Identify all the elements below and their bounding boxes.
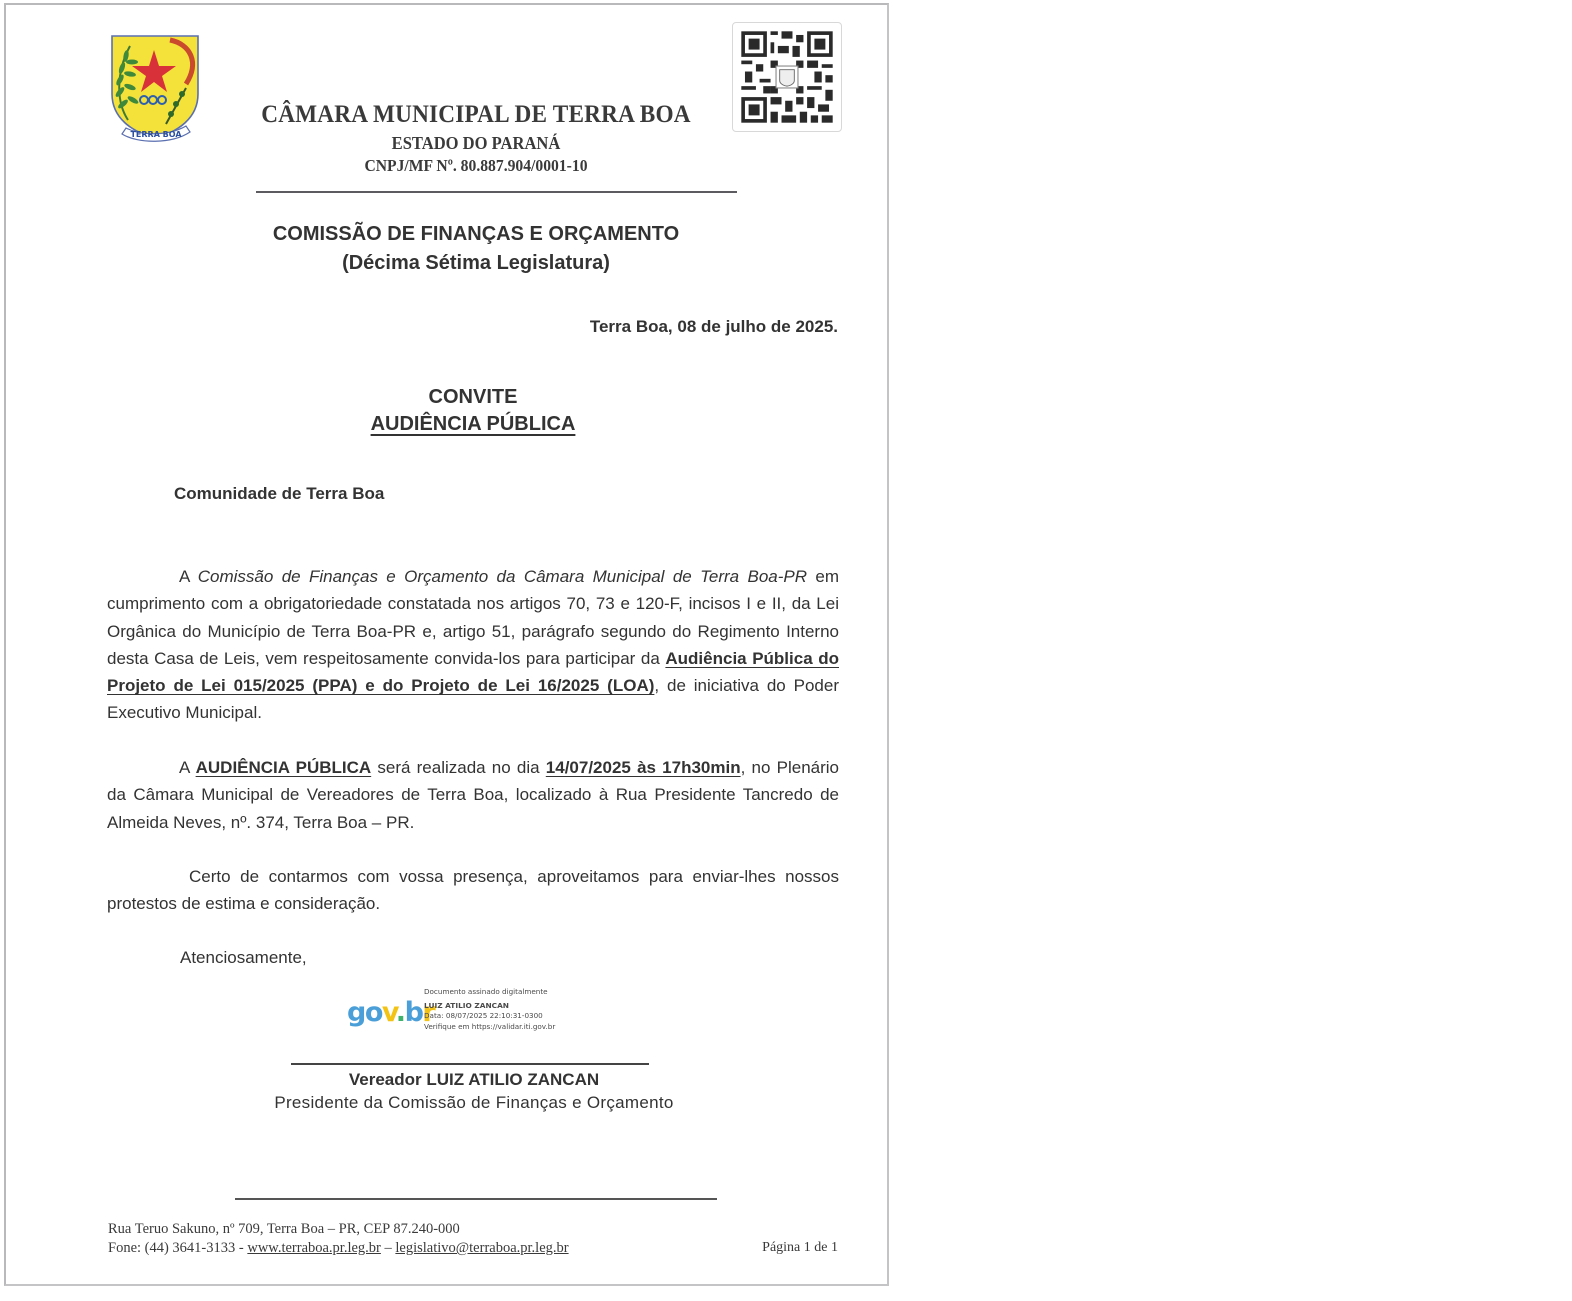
p2-event-name: AUDIÊNCIA PÚBLICA [196, 758, 372, 777]
signatory-role: Presidente da Comissão de Finanças e Orç… [206, 1093, 742, 1113]
qr-code-icon[interactable] [732, 22, 842, 132]
document-date: Terra Boa, 08 de julho de 2025. [436, 317, 838, 337]
heading-audiencia-text: AUDIÊNCIA PÚBLICA [371, 413, 576, 435]
footer-email-link[interactable]: legislativo@terraboa.pr.leg.br [395, 1240, 568, 1256]
p2-text: será realizada no dia [371, 758, 546, 777]
svg-text:TERRA BOA: TERRA BOA [130, 130, 182, 139]
p2-lead: A [179, 758, 196, 777]
footer-separator: – [381, 1240, 396, 1256]
paragraph-closing: Certo de contarmos com vossa presença, a… [107, 863, 839, 918]
institution-state: ESTADO DO PARANÁ [228, 133, 725, 154]
p2-event-datetime: 14/07/2025 às 17h30min [546, 758, 741, 777]
govbr-logo-icon: gov.br [347, 997, 434, 1028]
p1-lead: A [179, 567, 198, 586]
signature-signer: LUIZ ATILIO ZANCAN [424, 1001, 555, 1012]
closing-salutation: Atenciosamente, [180, 948, 307, 968]
committee-subtitle: (Décima Sétima Legislatura) [206, 252, 746, 275]
heading-audiencia: AUDIÊNCIA PÚBLICA [206, 413, 740, 436]
footer-divider [235, 1198, 717, 1200]
institution-title: CÂMARA MUNICIPAL DE TERRA BOA [225, 101, 727, 129]
municipal-crest-icon: TERRA BOA [106, 32, 206, 144]
signatory-name: Vereador LUIZ ATILIO ZANCAN [206, 1070, 742, 1090]
paragraph-invitation: A Comissão de Finanças e Orçamento da Câ… [107, 563, 839, 727]
footer-address: Rua Teruo Sakuno, nº 709, Terra Boa – PR… [108, 1221, 460, 1238]
page-number: Página 1 de 1 [706, 1240, 838, 1256]
heading-convite: CONVITE [206, 386, 740, 409]
salutation: Comunidade de Terra Boa [174, 484, 384, 504]
p3-text: Certo de contarmos com vossa presença, a… [107, 867, 839, 913]
committee-title: COMISSÃO DE FINANÇAS E ORÇAMENTO [206, 223, 746, 246]
institution-cnpj: CNPJ/MF Nº. 80.887.904/0001-10 [228, 156, 725, 176]
signature-verify-link[interactable]: Verifique em https://validar.iti.gov.br [424, 1022, 555, 1033]
footer-phone: Fone: (44) 3641-3133 - [108, 1240, 247, 1256]
footer-website-link[interactable]: www.terraboa.pr.leg.br [247, 1240, 381, 1256]
p1-committee-name: Comissão de Finanças e Orçamento da Câma… [198, 567, 807, 586]
signature-line [291, 1063, 649, 1065]
signature-heading: Documento assinado digitalmente [424, 987, 555, 998]
footer-contact: Fone: (44) 3641-3133 - www.terraboa.pr.l… [108, 1240, 569, 1257]
header-divider [256, 191, 737, 193]
document-page: TERRA BOA [4, 3, 889, 1286]
paragraph-schedule: A AUDIÊNCIA PÚBLICA será realizada no di… [107, 754, 839, 836]
digital-signature-stamp: Documento assinado digitalmente LUIZ ATI… [424, 987, 555, 1032]
signature-date: Data: 08/07/2025 22:10:31-0300 [424, 1011, 555, 1022]
